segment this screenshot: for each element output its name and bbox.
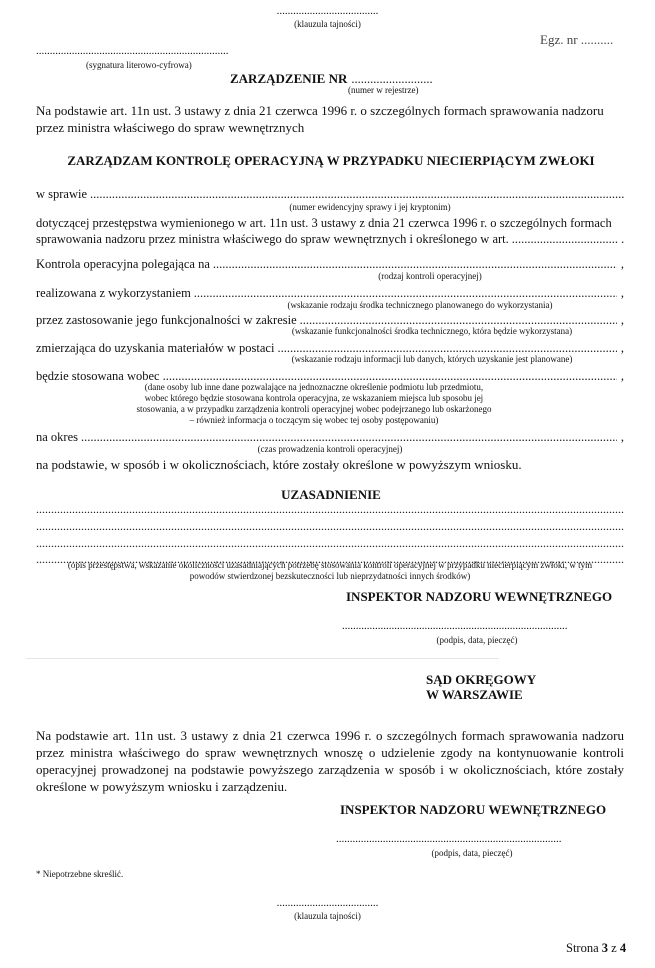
signature-2-title: INSPEKTOR NADZORU WEWNĘTRZNEGO	[340, 801, 606, 818]
field-period-label: na okres	[36, 429, 78, 445]
order-number-label: (numer w rejestrze)	[348, 85, 418, 96]
classification-line-bottom: .....................................	[230, 898, 425, 909]
field-technical-means-blank[interactable]	[194, 285, 617, 301]
field-control-type[interactable]: Kontrola operacyjna polegająca na,	[36, 256, 624, 272]
offence-text-1: dotyczącej przestępstwa wymienionego w a…	[36, 215, 626, 231]
classification-label-top: (klauzula tajności)	[230, 19, 425, 30]
signature-1-label: (podpis, data, pieczęć)	[342, 635, 612, 646]
signature-1-line[interactable]: ........................................…	[342, 621, 612, 632]
comma: ,	[621, 285, 624, 301]
comma: ,	[621, 256, 624, 272]
field-case-label: w sprawie	[36, 186, 87, 202]
field-period-hint: (czas prowadzenia kontroli operacyjnej)	[220, 444, 440, 455]
copy-number: Egz. nr ..........	[540, 31, 613, 48]
section-divider	[26, 658, 499, 659]
field-functionality-hint: (wskazanie funkcjonalności środka techni…	[232, 326, 632, 337]
order-number-line: ..........................	[351, 72, 432, 86]
footnote: * Niepotrzebne skreślić.	[36, 869, 123, 880]
intro-paragraph: Na podstawie art. 11n ust. 3 ustawy z dn…	[36, 102, 626, 136]
page-current: 3	[602, 941, 608, 955]
field-technical-means-label: realizowana z wykorzystaniem	[36, 285, 191, 301]
request-paragraph: Na podstawie art. 11n ust. 3 ustawy z dn…	[36, 727, 624, 795]
classification-line-top: .....................................	[230, 6, 425, 17]
signature-1-title: INSPEKTOR NADZORU WEWNĘTRZNEGO	[346, 588, 612, 605]
classification-label-bottom: (klauzula tajności)	[230, 911, 425, 922]
justification-line-1[interactable]	[36, 503, 624, 515]
signature-2-label: (podpis, data, pieczęć)	[336, 848, 608, 859]
court-line-2: W WARSZAWIE	[426, 686, 523, 703]
field-case[interactable]: w sprawie	[36, 186, 624, 202]
field-case-blank[interactable]	[90, 186, 624, 202]
page-prefix: Strona	[566, 941, 599, 955]
field-offence-article[interactable]: sprawowania nadzoru przez ministra właśc…	[36, 231, 624, 247]
field-control-type-blank[interactable]	[213, 256, 617, 272]
field-control-type-label: Kontrola operacyjna polegająca na	[36, 256, 210, 272]
field-period[interactable]: na okres,	[36, 429, 624, 445]
signature-code-label: (sygnatura literowo-cyfrowa)	[86, 60, 192, 71]
field-offence-article-blank[interactable]: .................................. .	[512, 231, 625, 247]
field-technical-means-hint: (wskazanie rodzaju środka technicznego p…	[240, 300, 600, 311]
order-title-text: ZARZĄDZENIE NR	[230, 71, 347, 86]
justification-heading: UZASADNIENIE	[36, 486, 626, 503]
signature-2-line[interactable]: ........................................…	[336, 834, 608, 845]
field-subject-hint: (dane osoby lub inne dane pozwalające na…	[134, 382, 494, 426]
field-period-blank[interactable]	[81, 429, 617, 445]
page-separator: z	[611, 941, 617, 955]
closing-statement: na podstawie, w sposób i w okolicznościa…	[36, 456, 626, 473]
justification-line-2[interactable]	[36, 520, 624, 532]
justification-line-3[interactable]	[36, 537, 624, 549]
field-technical-means[interactable]: realizowana z wykorzystaniem,	[36, 285, 624, 301]
field-materials-hint: (wskazanie rodzaju informacji lub danych…	[232, 354, 632, 365]
page-total: 4	[620, 941, 626, 955]
field-case-hint: (numer ewidencyjny sprawy i jej kryptoni…	[240, 202, 500, 213]
main-heading: ZARZĄDZAM KONTROLĘ OPERACYJNĄ W PRZYPADK…	[36, 152, 626, 169]
comma: ,	[621, 429, 624, 445]
justification-hint: (opis przestępstwa, wskazanie okolicznoś…	[50, 560, 610, 582]
comma: ,	[621, 368, 624, 384]
field-control-type-hint: (rodzaj kontroli operacyjnej)	[330, 271, 530, 282]
page-number: Strona 3 z 4	[566, 940, 626, 956]
offence-text-2: sprawowania nadzoru przez ministra właśc…	[36, 231, 509, 247]
signature-code-line: ........................................…	[36, 46, 229, 57]
